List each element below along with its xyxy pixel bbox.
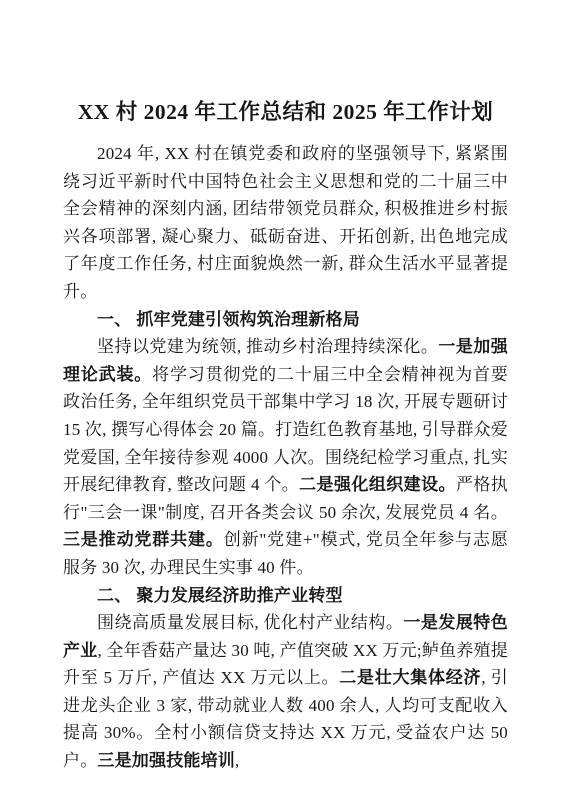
- text-run: 围绕高质量发展目标, 优化村产业结构。: [97, 613, 403, 632]
- section-1-heading: 一、 抓牢党建引领构筑治理新格局: [63, 306, 508, 334]
- section-2-paragraph: 围绕高质量发展目标, 优化村产业结构。一是发展特色产业, 全年香菇产量达 30 …: [63, 609, 508, 775]
- text-run: 坚持以党建为统领, 推动乡村治理持续深化。: [97, 337, 438, 356]
- section-2-heading: 二、 聚力发展经济助推产业转型: [63, 582, 508, 610]
- text-run-bold: 二是壮大集体经济: [339, 668, 481, 687]
- text-run-bold: 二是强化组织建设。: [299, 475, 456, 494]
- intro-paragraph: 2024 年, XX 村在镇党委和政府的坚强领导下, 紧紧围绕习近平新时代中国特…: [63, 140, 508, 306]
- document-title: XX 村 2024 年工作总结和 2025 年工作计划: [63, 97, 508, 127]
- text-run: ,: [235, 751, 239, 770]
- section-1-paragraph: 坚持以党建为统领, 推动乡村治理持续深化。一是加强理论武装。将学习贯彻党的二十届…: [63, 333, 508, 581]
- text-run-bold: 三是加强技能培训: [97, 751, 235, 770]
- document-body: XX 村 2024 年工作总结和 2025 年工作计划 2024 年, XX 村…: [63, 97, 508, 775]
- document-page: XX 村 2024 年工作总结和 2025 年工作计划 2024 年, XX 村…: [0, 0, 570, 807]
- text-run-bold: 三是推动党群共建。: [63, 530, 224, 549]
